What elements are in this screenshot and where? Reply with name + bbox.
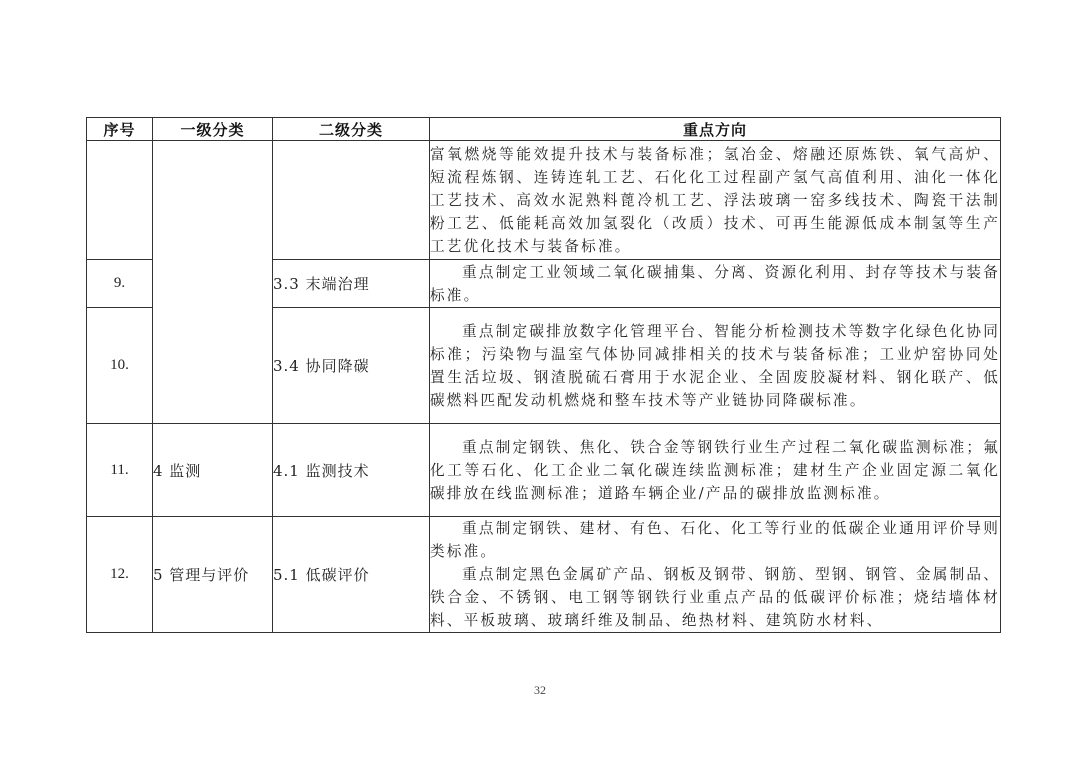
direction-paragraph: 重点制定黑色金属矿产品、钢板及钢带、钢筋、型钢、钢管、金属制品、铁合金、不锈钢、… — [430, 563, 1000, 632]
row-level1-category — [153, 141, 273, 424]
row-level2-category: 3.4 协同降碳 — [273, 308, 430, 424]
header-serial-no: 序号 — [87, 118, 153, 141]
row-level2-category: 5.1 低碳评价 — [273, 517, 430, 633]
document-page: 序号 一级分类 二级分类 重点方向 富氧燃烧等能效提升技术与装备标准；氢冶金、熔… — [0, 0, 1080, 763]
direction-paragraph: 重点制定钢铁、建材、有色、石化、化工等行业的低碳企业通用评价导则类标准。 — [430, 517, 1000, 563]
page-number: 32 — [0, 683, 1080, 698]
row-level2-category — [273, 141, 430, 260]
row-key-direction: 重点制定钢铁、建材、有色、石化、化工等行业的低碳企业通用评价导则类标准。 重点制… — [430, 517, 1001, 633]
row-level1-category: 4 监测 — [153, 424, 273, 517]
row-serial-no: 10. — [87, 308, 153, 424]
table-row: 11. 4 监测 4.1 监测技术 重点制定钢铁、焦化、铁合金等钢铁行业生产过程… — [87, 424, 1001, 517]
row-serial-no: 11. — [87, 424, 153, 517]
row-level2-category: 3.3 末端治理 — [273, 260, 430, 308]
table-row: 富氧燃烧等能效提升技术与装备标准；氢冶金、熔融还原炼铁、氧气高炉、短流程炼钢、连… — [87, 141, 1001, 260]
row-level1-category: 5 管理与评价 — [153, 517, 273, 633]
row-key-direction: 重点制定钢铁、焦化、铁合金等钢铁行业生产过程二氧化碳监测标准；氟化工等石化、化工… — [430, 424, 1001, 517]
table-header-row: 序号 一级分类 二级分类 重点方向 — [87, 118, 1001, 141]
direction-paragraph: 重点制定钢铁、焦化、铁合金等钢铁行业生产过程二氧化碳监测标准；氟化工等石化、化工… — [430, 436, 1000, 505]
direction-paragraph: 重点制定工业领域二氧化碳捕集、分离、资源化利用、封存等技术与装备标准。 — [430, 261, 1000, 307]
header-level2-category: 二级分类 — [273, 118, 430, 141]
header-key-direction: 重点方向 — [430, 118, 1001, 141]
standards-table: 序号 一级分类 二级分类 重点方向 富氧燃烧等能效提升技术与装备标准；氢冶金、熔… — [86, 117, 1001, 633]
row-serial-no: 9. — [87, 260, 153, 308]
row-serial-no: 12. — [87, 517, 153, 633]
row-key-direction: 重点制定工业领域二氧化碳捕集、分离、资源化利用、封存等技术与装备标准。 — [430, 260, 1001, 308]
header-level1-category: 一级分类 — [153, 118, 273, 141]
row-level2-category: 4.1 监测技术 — [273, 424, 430, 517]
row-key-direction: 重点制定碳排放数字化管理平台、智能分析检测技术等数字化绿色化协同标准；污染物与温… — [430, 308, 1001, 424]
row-key-direction: 富氧燃烧等能效提升技术与装备标准；氢冶金、熔融还原炼铁、氧气高炉、短流程炼钢、连… — [430, 141, 1001, 260]
table-row: 12. 5 管理与评价 5.1 低碳评价 重点制定钢铁、建材、有色、石化、化工等… — [87, 517, 1001, 633]
direction-paragraph: 富氧燃烧等能效提升技术与装备标准；氢冶金、熔融还原炼铁、氧气高炉、短流程炼钢、连… — [430, 143, 1000, 258]
direction-paragraph: 重点制定碳排放数字化管理平台、智能分析检测技术等数字化绿色化协同标准；污染物与温… — [430, 320, 1000, 412]
row-serial-no — [87, 141, 153, 260]
